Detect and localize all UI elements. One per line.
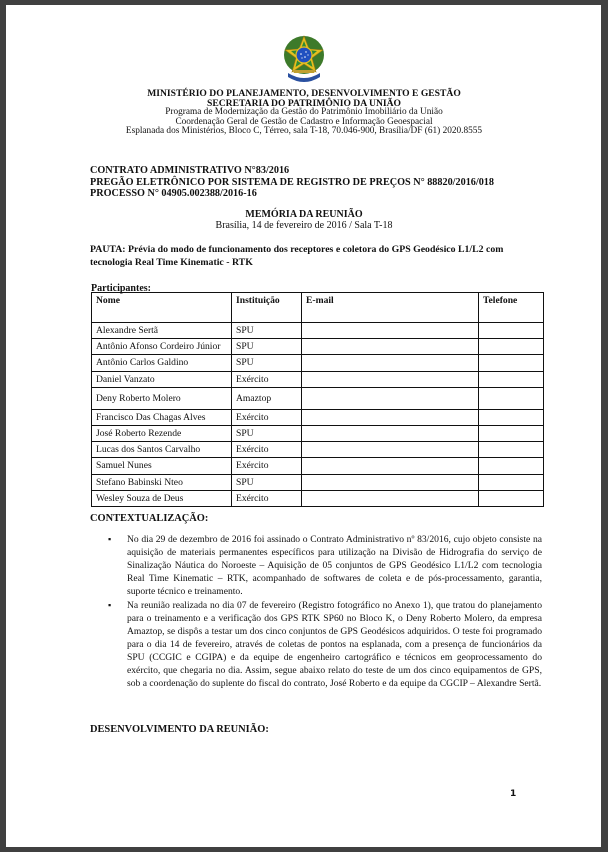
table-row: Lucas dos Santos CarvalhoExército (92, 442, 544, 458)
cell-nome: José Roberto Rezende (92, 425, 232, 441)
cell-nome: Daniel Vanzato (92, 371, 232, 387)
bullet-icon: ▪ (108, 533, 111, 546)
cell-instituicao: SPU (232, 425, 302, 441)
cell-telefone (479, 409, 544, 425)
bullet-icon: ▪ (108, 599, 111, 612)
page-number: 1 (510, 789, 516, 799)
cell-nome: Antônio Carlos Galdino (92, 355, 232, 371)
table-row: Alexandre SertãSPU (92, 323, 544, 339)
table-row: Wesley Souza de DeusExército (92, 490, 544, 506)
pauta-block: PAUTA: Prévia do modo de funcionamento d… (90, 244, 540, 269)
cell-email (302, 425, 479, 441)
pregao-number: PREGÃO ELETRÔNICO POR SISTEMA DE REGISTR… (90, 177, 494, 189)
cell-nome: Francisco Das Chagas Alves (92, 409, 232, 425)
contextualizacao-list: ▪No dia 29 de dezembro de 2016 foi assin… (108, 533, 542, 691)
cell-instituicao: SPU (232, 474, 302, 490)
cell-telefone (479, 387, 544, 409)
table-row: Deny Roberto MoleroAmaztop (92, 387, 544, 409)
cell-telefone (479, 323, 544, 339)
list-item: ▪Na reunião realizada no dia 07 de fever… (108, 599, 542, 690)
bullet-text: No dia 29 de dezembro de 2016 foi assina… (127, 534, 542, 597)
cell-telefone (479, 474, 544, 490)
cell-email (302, 339, 479, 355)
cell-instituicao: Exército (232, 409, 302, 425)
cell-nome: Lucas dos Santos Carvalho (92, 442, 232, 458)
cell-nome: Stefano Babinski Nteo (92, 474, 232, 490)
cell-telefone (479, 458, 544, 474)
cell-email (302, 442, 479, 458)
cell-instituicao: Exército (232, 458, 302, 474)
cell-email (302, 409, 479, 425)
contract-block: CONTRATO ADMINISTRATIVO N°83/2016 PREGÃO… (90, 165, 494, 200)
bullet-text: Na reunião realizada no dia 07 de fevere… (127, 600, 542, 689)
cell-instituicao: SPU (232, 355, 302, 371)
table-row: Francisco Das Chagas AlvesExército (92, 409, 544, 425)
cell-instituicao: Amaztop (232, 387, 302, 409)
cell-instituicao: Exército (232, 490, 302, 506)
contextualizacao-heading: CONTEXTUALIZAÇÃO: (90, 513, 208, 524)
meeting-date-location: Brasília, 14 de fevereiro de 2016 / Sala… (0, 220, 608, 231)
table-row: José Roberto RezendeSPU (92, 425, 544, 441)
address: Esplanada dos Ministérios, Bloco C, Térr… (0, 127, 608, 137)
column-header-nome: Nome (92, 293, 232, 323)
list-item: ▪No dia 29 de dezembro de 2016 foi assin… (108, 533, 542, 598)
cell-nome: Alexandre Sertã (92, 323, 232, 339)
cell-email (302, 387, 479, 409)
table-row: Antônio Afonso Cordeiro JúniorSPU (92, 339, 544, 355)
cell-telefone (479, 339, 544, 355)
cell-telefone (479, 355, 544, 371)
cell-email (302, 323, 479, 339)
cell-instituicao: SPU (232, 339, 302, 355)
cell-telefone (479, 442, 544, 458)
brazil-coat-of-arms-icon (282, 33, 326, 87)
pauta-label: PAUTA: (90, 244, 126, 255)
cell-email (302, 355, 479, 371)
cell-instituicao: SPU (232, 323, 302, 339)
table-row: Stefano Babinski NteoSPU (92, 474, 544, 490)
column-header-instituicao: Instituição (232, 293, 302, 323)
cell-email (302, 490, 479, 506)
desenvolvimento-heading: DESENVOLVIMENTO DA REUNIÃO: (90, 724, 269, 735)
cell-nome: Antônio Afonso Cordeiro Júnior (92, 339, 232, 355)
participants-table: Nome Instituição E-mail Telefone Alexand… (91, 292, 544, 507)
memoria-block: MEMÓRIA DA REUNIÃO Brasília, 14 de fever… (0, 209, 608, 232)
cell-telefone (479, 490, 544, 506)
table-row: Antônio Carlos GaldinoSPU (92, 355, 544, 371)
pauta-text: Prévia do modo de funcionamento dos rece… (90, 244, 503, 268)
cell-instituicao: Exército (232, 371, 302, 387)
process-number: PROCESSO N° 04905.002388/2016-16 (90, 188, 494, 200)
cell-instituicao: Exército (232, 442, 302, 458)
column-header-telefone: Telefone (479, 293, 544, 323)
column-header-email: E-mail (302, 293, 479, 323)
table-row: Samuel NunesExército (92, 458, 544, 474)
cell-email (302, 458, 479, 474)
document-title: MEMÓRIA DA REUNIÃO (0, 209, 608, 220)
letterhead: MINISTÉRIO DO PLANEJAMENTO, DESENVOLVIME… (0, 89, 608, 137)
cell-nome: Wesley Souza de Deus (92, 490, 232, 506)
cell-nome: Samuel Nunes (92, 458, 232, 474)
table-header-row: Nome Instituição E-mail Telefone (92, 293, 544, 323)
cell-telefone (479, 425, 544, 441)
cell-nome: Deny Roberto Molero (92, 387, 232, 409)
contract-number: CONTRATO ADMINISTRATIVO N°83/2016 (90, 165, 494, 177)
table-row: Daniel VanzatoExército (92, 371, 544, 387)
cell-email (302, 474, 479, 490)
cell-email (302, 371, 479, 387)
cell-telefone (479, 371, 544, 387)
